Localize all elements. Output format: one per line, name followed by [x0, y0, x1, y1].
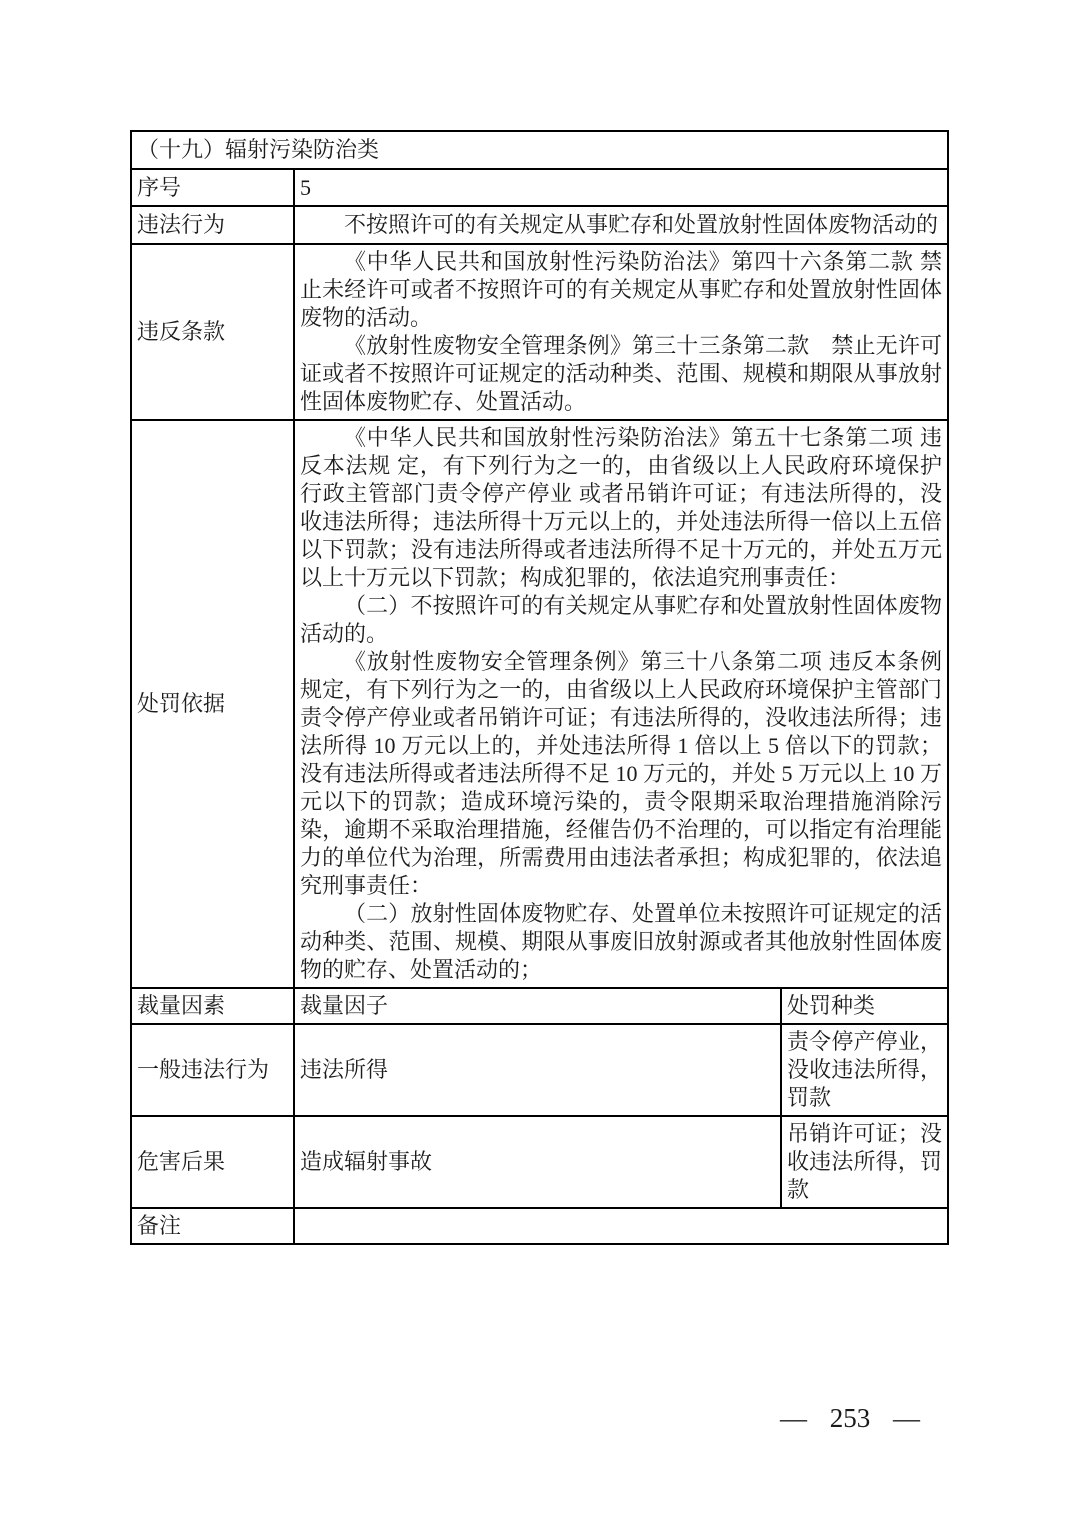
table-row: 违反条款 《中华人民共和国放射性污染防治法》第四十六条第二款 禁止未经许可或者不… [131, 244, 948, 420]
serial-label-cell: 序号 [131, 169, 294, 206]
discretion-row-category-cell: 一般违法行为 [131, 1024, 294, 1116]
table-row: （十九）辐射污染防治类 [131, 131, 948, 169]
document-page: { "page": { "footer_page_number": "— 253… [0, 0, 1074, 1520]
penalty-basis-paragraph: （二）放射性固体废物贮存、处置单位未按照许可证规定的活动种类、范围、规模、期限从… [300, 900, 942, 984]
discretion-row-factor-cell: 造成辐射事故 [294, 1116, 781, 1208]
table-row: 备注 [131, 1208, 948, 1244]
discretion-factor-header-cell: 裁量因子 [294, 988, 781, 1024]
penalty-text: 吊销许可证；没收违法所得，罚款 [787, 1120, 942, 1204]
penalty-basis-paragraph: （二）不按照许可的有关规定从事贮存和处置放射性固体废物活动的。 [300, 592, 942, 648]
violated-clause-paragraph: 《放射性废物安全管理条例》第三十三条第二款 禁止无许可证或者不按照许可证规定的活… [300, 332, 942, 416]
violated-clauses-label-cell: 违反条款 [131, 244, 294, 420]
discretion-row-penalty-cell: 责令停产停业，没收违法所得，罚款 [781, 1024, 948, 1116]
illegal-act-text: 不按照许可的有关规定从事贮存和处置放射性固体废物活动的 [300, 211, 942, 239]
table-row: 裁量因素 裁量因子 处罚种类 [131, 988, 948, 1024]
discretion-row-penalty-cell: 吊销许可证；没收违法所得，罚款 [781, 1116, 948, 1208]
serial-value-cell: 5 [294, 169, 948, 206]
discretion-factor-category-header-cell: 裁量因素 [131, 988, 294, 1024]
remark-label-cell: 备注 [131, 1208, 294, 1244]
table-row: 危害后果 造成辐射事故 吊销许可证；没收违法所得，罚款 [131, 1116, 948, 1208]
table-row: 序号 5 [131, 169, 948, 206]
illegal-act-value-cell: 不按照许可的有关规定从事贮存和处置放射性固体废物活动的 [294, 206, 948, 244]
page-number: — 253 — [760, 1403, 940, 1434]
violated-clause-paragraph: 《中华人民共和国放射性污染防治法》第四十六条第二款 禁止未经许可或者不按照许可的… [300, 248, 942, 332]
discretion-row-category-cell: 危害后果 [131, 1116, 294, 1208]
penalty-basis-label-cell: 处罚依据 [131, 420, 294, 988]
penalty-basis-value-cell: 《中华人民共和国放射性污染防治法》第五十七条第二项 违反本法规 定，有下列行为之… [294, 420, 948, 988]
table-row: 一般违法行为 违法所得 责令停产停业，没收违法所得，罚款 [131, 1024, 948, 1116]
discretion-row-factor-cell: 违法所得 [294, 1024, 781, 1116]
remark-value-cell [294, 1208, 948, 1244]
illegal-act-label-cell: 违法行为 [131, 206, 294, 244]
violated-clauses-value-cell: 《中华人民共和国放射性污染防治法》第四十六条第二款 禁止未经许可或者不按照许可的… [294, 244, 948, 420]
table-row: 违法行为 不按照许可的有关规定从事贮存和处置放射性固体废物活动的 [131, 206, 948, 244]
category-header-cell: （十九）辐射污染防治类 [131, 131, 948, 169]
penalty-text: 责令停产停业，没收违法所得，罚款 [787, 1028, 942, 1112]
penalty-basis-paragraph: 《放射性废物安全管理条例》第三十八条第二项 违反本条例规定，有下列行为之一的，由… [300, 648, 942, 900]
regulation-penalty-table: （十九）辐射污染防治类 序号 5 违法行为 不按照许可的有关规定从事贮存和处置放… [130, 130, 949, 1245]
table-row: 处罚依据 《中华人民共和国放射性污染防治法》第五十七条第二项 违反本法规 定，有… [131, 420, 948, 988]
penalty-type-header-cell: 处罚种类 [781, 988, 948, 1024]
penalty-basis-paragraph: 《中华人民共和国放射性污染防治法》第五十七条第二项 违反本法规 定，有下列行为之… [300, 424, 942, 592]
